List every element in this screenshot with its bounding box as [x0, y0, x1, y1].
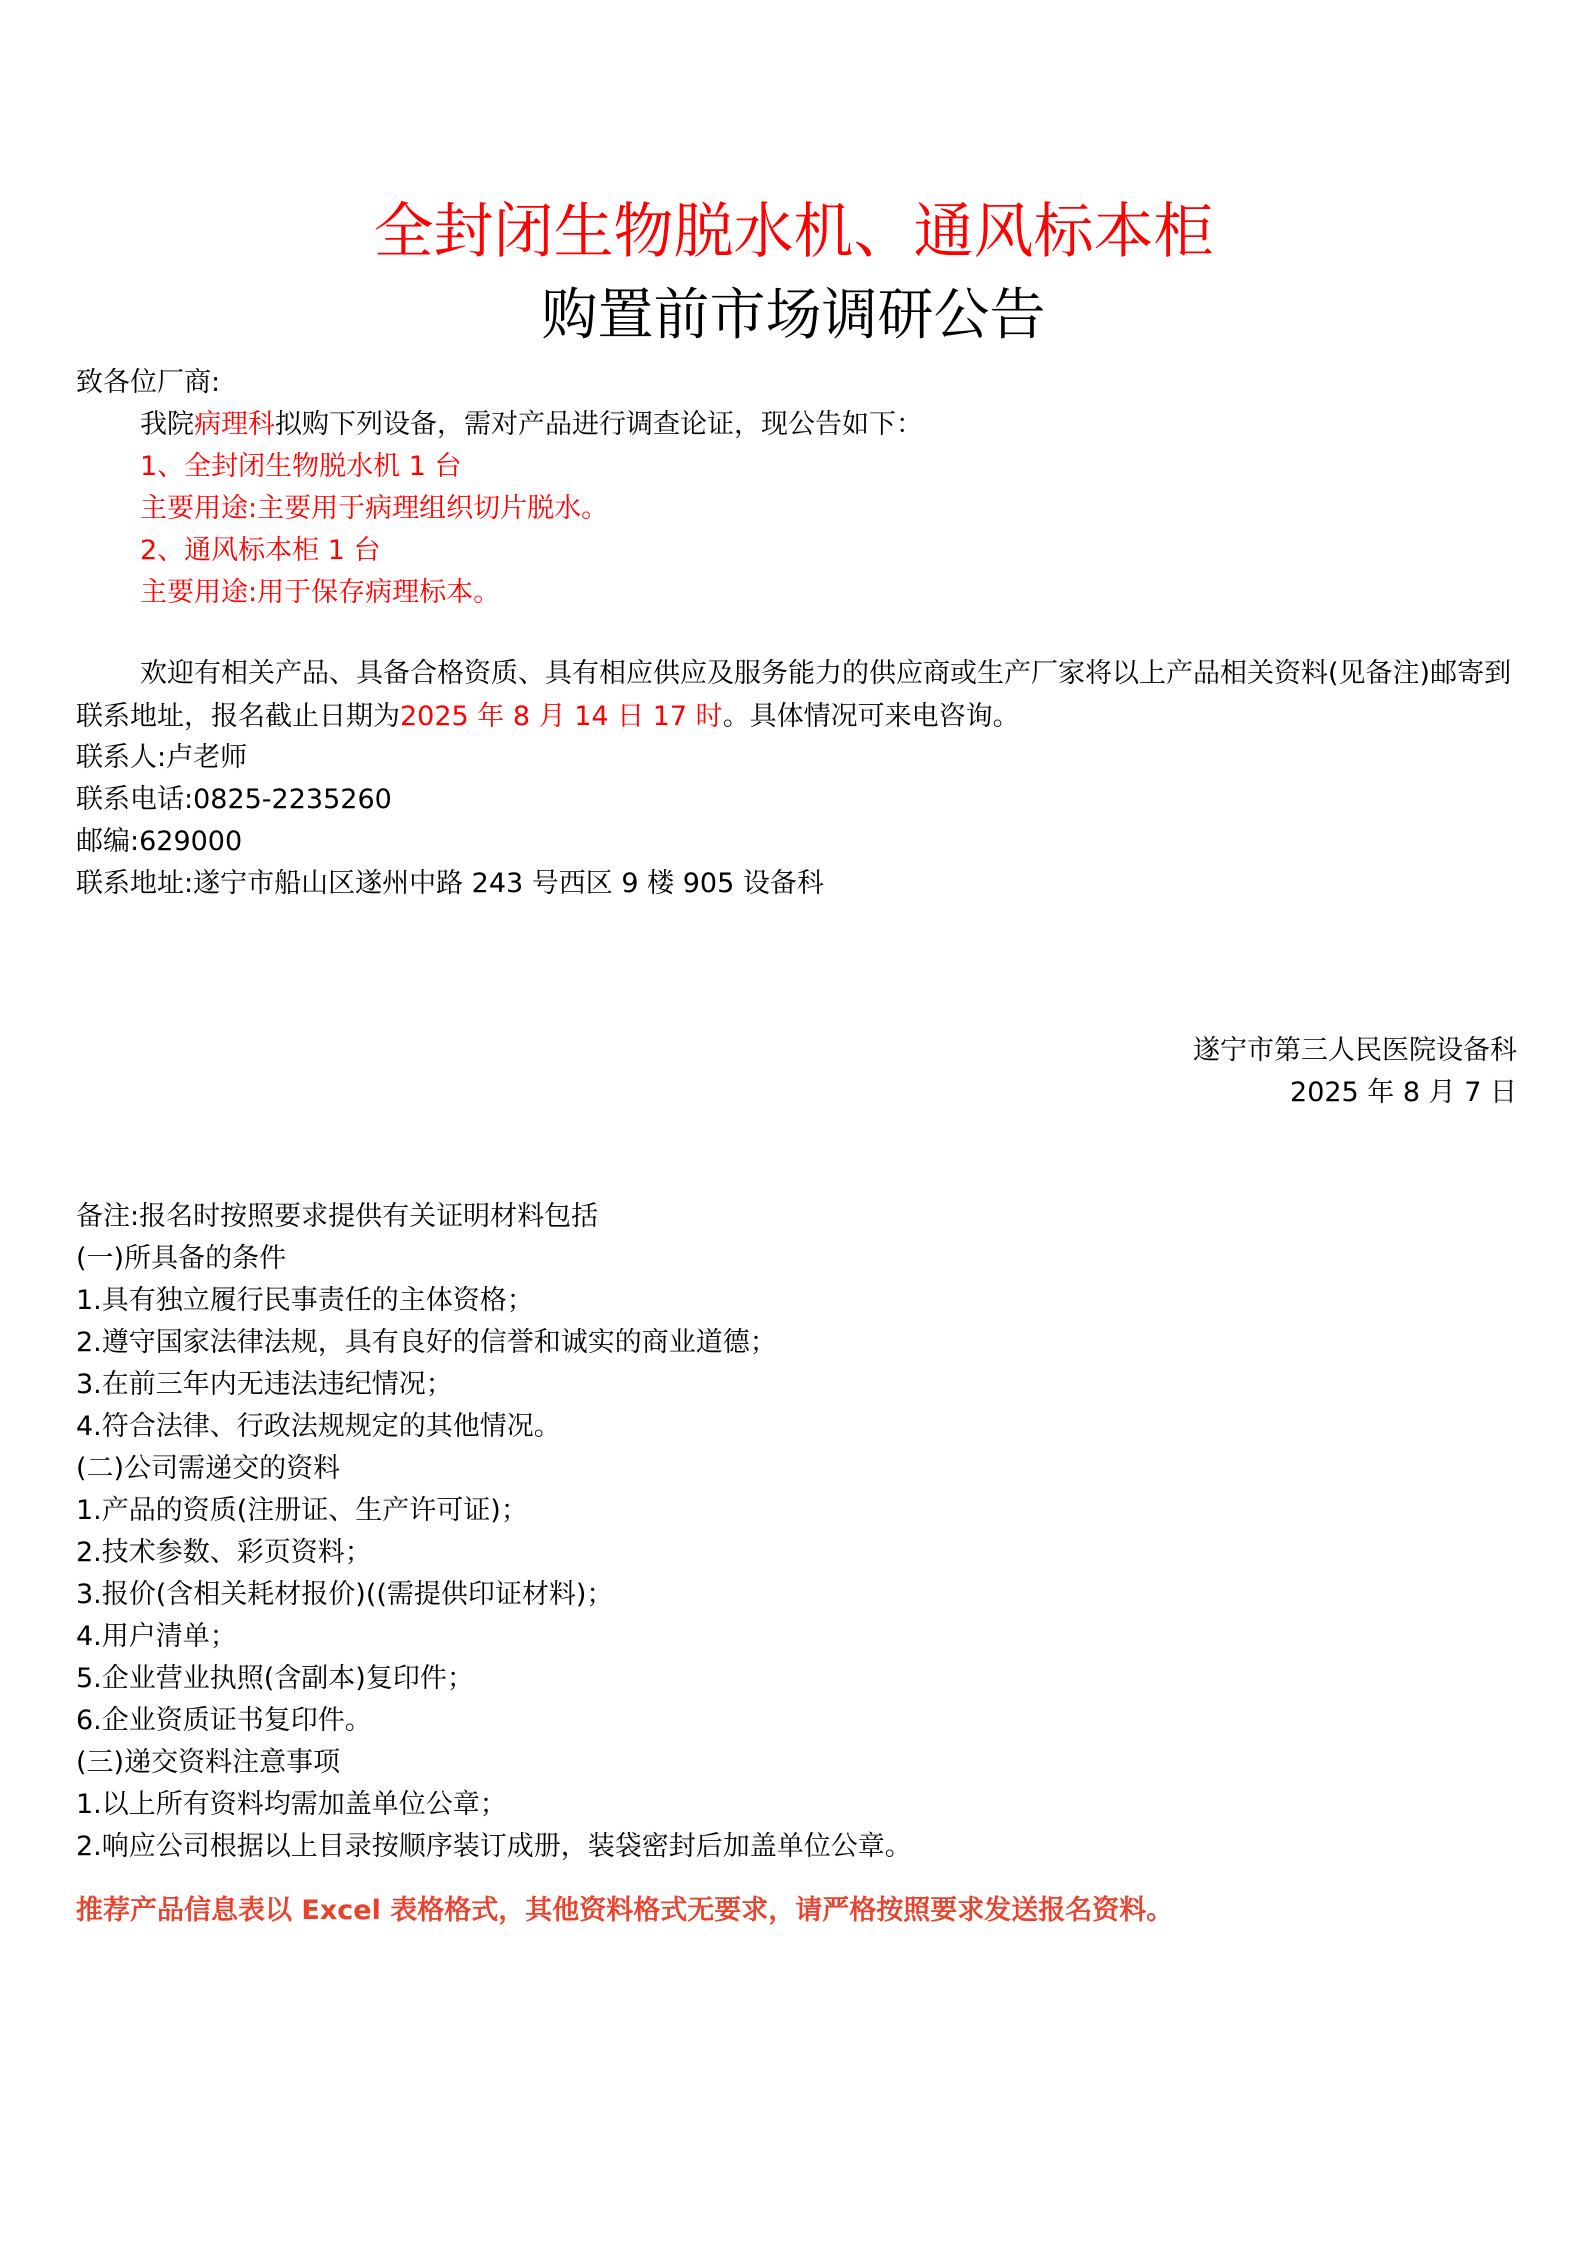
- intro-suffix: 拟购下列设备，需对产品进行调查论证，现公告如下：: [275, 409, 923, 440]
- document-title-equipment: 全封闭生物脱水机、通风标本柜: [0, 196, 1587, 268]
- signature-date: 2025 年 8 月 7 日: [1290, 1072, 1517, 1114]
- item-1-usage: 主要用途:主要用于病理组织切片脱水。: [140, 488, 608, 530]
- section-2-item: 5.企业营业执照(含副本)复印件；: [76, 1658, 474, 1700]
- section-1-item: 1.具有独立履行民事责任的主体资格；: [76, 1280, 534, 1322]
- item-1-name: 1、全封闭生物脱水机 1 台: [140, 446, 462, 488]
- remarks-heading: 备注:报名时按照要求提供有关证明材料包括: [76, 1196, 598, 1238]
- section-2-item: 3.报价(含相关耗材报价)((需提供印证材料)；: [76, 1574, 613, 1616]
- section-1-item: 3.在前三年内无违法违纪情况；: [76, 1364, 453, 1406]
- section-1-item: 4.符合法律、行政法规规定的其他情况。: [76, 1406, 561, 1448]
- final-note: 推荐产品信息表以 Excel 表格格式，其他资料格式无要求，请严格按照要求发送报…: [76, 1890, 1173, 1932]
- item-2-usage: 主要用途:用于保存病理标本。: [140, 572, 500, 614]
- contact-phone: 联系电话:0825-2235260: [76, 779, 392, 821]
- contact-person: 联系人:卢老师: [76, 737, 247, 779]
- intro-prefix: 我院: [140, 409, 194, 440]
- section-2-item: 2.技术参数、彩页资料；: [76, 1532, 372, 1574]
- section-2-title: (二)公司需递交的资料: [76, 1448, 340, 1490]
- item-2-name: 2、通风标本柜 1 台: [140, 530, 381, 572]
- section-2-item: 4.用户清单；: [76, 1616, 237, 1658]
- intro-paragraph: 我院病理科拟购下列设备，需对产品进行调查论证，现公告如下：: [140, 404, 923, 446]
- contact-address: 联系地址:遂宁市船山区遂州中路 243 号西区 9 楼 905 设备科: [76, 863, 824, 905]
- section-1-title: (一)所具备的条件: [76, 1238, 286, 1280]
- section-3-title: (三)递交资料注意事项: [76, 1742, 340, 1784]
- greeting: 致各位厂商:: [76, 362, 220, 404]
- contact-postcode: 邮编:629000: [76, 821, 242, 863]
- invitation-paragraph: 欢迎有相关产品、具备合格资质、具有相应供应及服务能力的供应商或生产厂家将以上产品…: [76, 652, 1521, 738]
- section-1-item: 2.遵守国家法律法规，具有良好的信誉和诚实的商业道德；: [76, 1322, 777, 1364]
- deadline: 2025 年 8 月 14 日 17 时: [400, 701, 723, 732]
- document-page: 全封闭生物脱水机、通风标本柜 购置前市场调研公告 致各位厂商: 我院病理科拟购下…: [0, 0, 1587, 2245]
- section-2-item: 6.企业资质证书复印件。: [76, 1700, 372, 1742]
- section-2-item: 1.产品的资质(注册证、生产许可证)；: [76, 1490, 528, 1532]
- invitation-text-end: 。具体情况可来电咨询。: [723, 701, 1020, 732]
- section-3-item: 2.响应公司根据以上目录按顺序装订成册，装袋密封后加盖单位公章。: [76, 1826, 912, 1868]
- signature-org: 遂宁市第三人民医院设备科: [1193, 1030, 1517, 1072]
- department-name: 病理科: [194, 409, 275, 440]
- document-title-announcement: 购置前市场调研公告: [0, 282, 1587, 350]
- section-3-item: 1.以上所有资料均需加盖单位公章；: [76, 1784, 507, 1826]
